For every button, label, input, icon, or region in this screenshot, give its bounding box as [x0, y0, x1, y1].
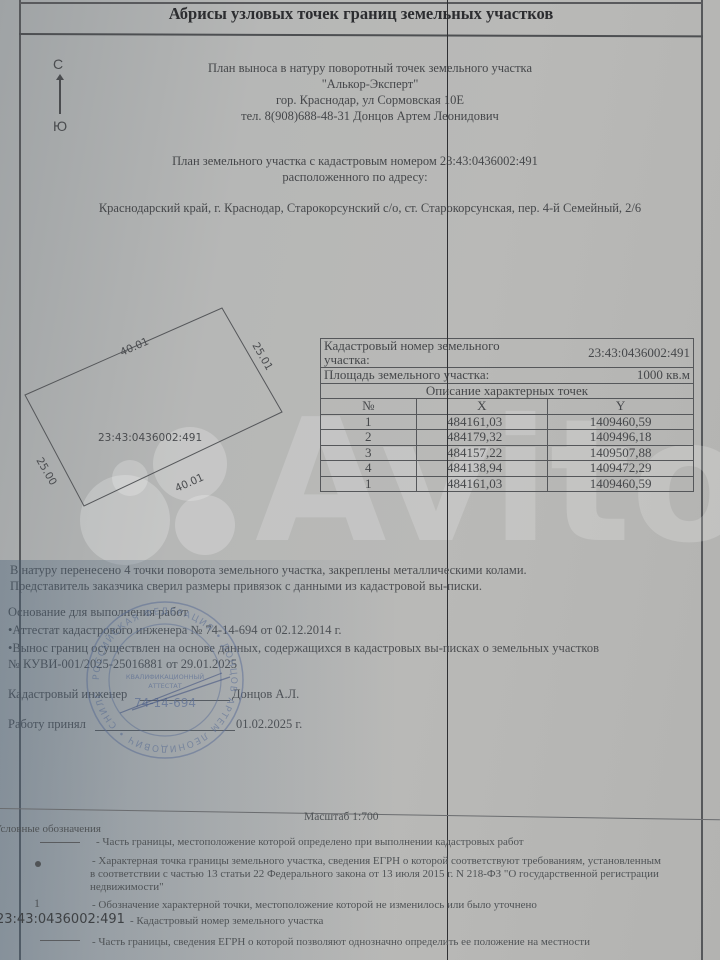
legend-title: Условные обозначения — [0, 823, 101, 836]
point-number: 3 — [321, 445, 417, 461]
legend-item-text-cont: недвижимости" — [90, 881, 164, 894]
engineer-label: Кадастровый инженер — [8, 686, 127, 702]
header-block: План выноса в натуру поворотный точек зе… — [150, 60, 590, 124]
compass-south-label: Ю — [53, 118, 67, 134]
table-row: 4 484138,94 1409472,29 — [321, 461, 694, 477]
col-header-number: № — [321, 399, 417, 415]
legend-item-text-cont: в соответствии с частью 13 статьи 22 Фед… — [90, 868, 659, 881]
engineer-name: Донцов А.Л. — [232, 686, 299, 702]
table-row: 1 484161,03 1409460,59 — [321, 414, 694, 430]
point-y: 1409507,88 — [548, 445, 694, 461]
point-x: 484161,03 — [444, 414, 548, 430]
side-bottom-label: 40.01 — [173, 472, 205, 495]
parcel-coordinates-table: Кадастровый номер земельного участка: 23… — [320, 338, 694, 492]
legend-item-text: - Часть границы, местоположение которой … — [96, 836, 524, 849]
address-caption: расположенного по адресу: — [120, 169, 590, 185]
compass-icon: С Ю — [50, 56, 70, 136]
area-row: Площадь земельного участка: 1000 кв.м — [321, 368, 694, 384]
side-left-label: 25.00 — [33, 456, 58, 488]
legend-item-text: - Характерная точка границы земельного у… — [92, 855, 661, 868]
points-caption: Описание характерных точек — [321, 383, 694, 399]
area-label: Площадь земельного участка: — [321, 368, 548, 384]
table-row: 1 484161,03 1409460,59 — [321, 476, 694, 492]
accepted-label: Работу принял — [8, 716, 86, 732]
table-row: 3 484157,22 1409507,88 — [321, 445, 694, 461]
point-x: 484179,32 — [444, 430, 548, 446]
cadastral-value: 23:43:0436002:491 — [548, 339, 694, 368]
header-line: План выноса в натуру поворотный точек зе… — [150, 60, 590, 76]
point-number: 1 — [321, 476, 417, 492]
legend-cadastral-symbol: 23:43:0436002:491 — [0, 912, 125, 927]
side-top-label: 40.01 — [118, 336, 150, 359]
note-line-1: В натуру перенесено 4 точки поворота зем… — [10, 562, 527, 578]
table-header-row: № X Y — [321, 399, 694, 415]
engineer-signature-line — [140, 700, 230, 701]
point-y: 1409472,29 — [548, 461, 694, 477]
legend-item-text: - Кадастровый номер земельного участка — [130, 915, 323, 928]
col-header-x: X — [416, 399, 548, 415]
document-title: Абрисы узловых точек границ земельных уч… — [19, 4, 703, 24]
legend-line-symbol — [40, 842, 80, 843]
parcel-cadastral-label: 23:43:0436002:491 — [98, 432, 202, 444]
point-x: 484161,03 — [444, 476, 548, 492]
col-header-y: Y — [548, 399, 694, 415]
parcel-sketch: 23:43:0436002:491 40.01 25.01 40.01 25.0… — [20, 300, 320, 510]
legend-item-text: - Часть границы, сведения ЕГРН о которой… — [92, 936, 590, 949]
legend-point-number-symbol: 1 — [34, 896, 40, 911]
parcel-boundary — [25, 308, 282, 506]
point-x: 484157,22 — [444, 445, 548, 461]
legend-item-text: - Обозначение характерной точки, местопо… — [92, 899, 537, 912]
plan-line: План земельного участка с кадастровым но… — [120, 153, 590, 169]
point-y: 1409496,18 — [548, 430, 694, 446]
cadastral-label: Кадастровый номер земельного участка: — [321, 339, 548, 368]
address: Краснодарский край, г. Краснодар, Старок… — [40, 200, 700, 216]
header-contact: тел. 8(908)688-48-31 Донцов Артем Леонид… — [150, 108, 590, 124]
legend-dot-symbol — [35, 861, 41, 867]
point-number: 1 — [321, 414, 417, 430]
accepted-date: 01.02.2025 г. — [236, 716, 302, 732]
compass-north-label: С — [53, 56, 63, 72]
basis-source: •Вынос границ осуществлен на основе данн… — [8, 640, 599, 656]
point-x: 484138,94 — [444, 461, 548, 477]
note-line-2: Представитель заказчика сверил размеры п… — [10, 578, 482, 594]
point-number: 2 — [321, 430, 417, 446]
table-row: 2 484179,32 1409496,18 — [321, 430, 694, 446]
basis-title: Основание для выполнения работ — [8, 604, 188, 620]
scale-label: Масштаб 1:700 — [304, 811, 378, 824]
area-value: 1000 кв.м — [548, 368, 694, 384]
header-address: гор. Краснодар, ул Сормовская 10Е — [150, 92, 590, 108]
point-y: 1409460,59 — [548, 414, 694, 430]
point-y: 1409460,59 — [548, 476, 694, 492]
legend-line-symbol — [40, 940, 80, 941]
north-arrow-icon — [59, 78, 61, 114]
accepted-signature-line — [95, 730, 235, 731]
plan-caption: План земельного участка с кадастровым но… — [120, 153, 590, 185]
header-company: "Алькор-Эксперт" — [150, 76, 590, 92]
points-caption-row: Описание характерных точек — [321, 383, 694, 399]
point-number: 4 — [321, 461, 417, 477]
basis-extract: № КУВИ-001/2025-25016881 от 29.01.2025 — [8, 656, 237, 672]
side-right-label: 25.01 — [249, 341, 274, 373]
cadastral-row: Кадастровый номер земельного участка: 23… — [321, 339, 694, 368]
basis-certificate: •Аттестат кадастрового инженера № 74-14-… — [8, 622, 342, 638]
